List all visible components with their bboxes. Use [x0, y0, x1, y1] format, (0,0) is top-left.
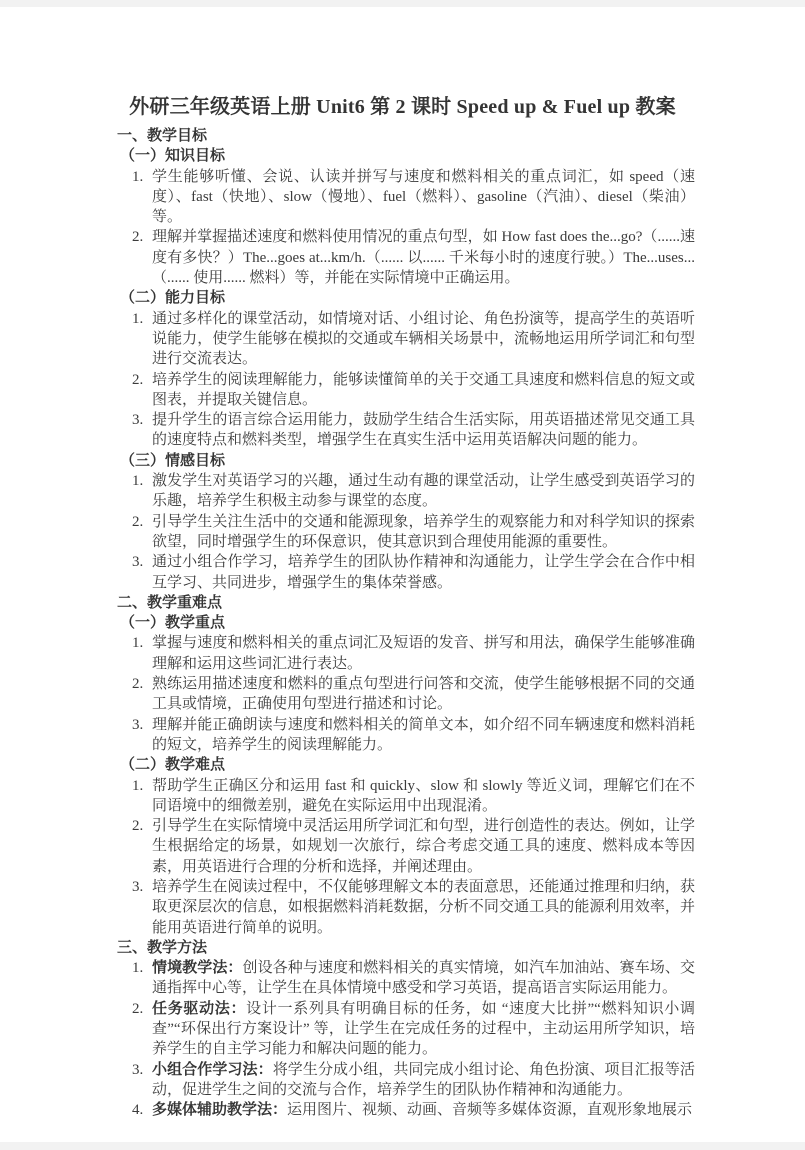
- document-page: 外研三年级英语上册 Unit6 第 2 课时 Speed up & Fuel u…: [0, 7, 805, 1142]
- list-item: 2.培养学生的阅读理解能力，能够读懂简单的关于交通工具速度和燃料信息的短文或图表…: [117, 370, 695, 411]
- list-item: 4.多媒体辅助教学法：运用图片、视频、动画、音频等多媒体资源，直观形象地展示: [117, 1100, 695, 1120]
- list-item-number: 2.: [132, 227, 152, 247]
- list-item-text: 学生能够听懂、会说、认读并拼写与速度和燃料相关的重点词汇，如 speed（速度）…: [152, 167, 695, 228]
- list-item-number: 3.: [132, 1060, 152, 1080]
- list-item: 2.理解并掌握描述速度和燃料使用情况的重点句型，如 How fast does …: [117, 227, 695, 288]
- list-item: 2.引导学生在实际情境中灵活运用所学词汇和句型，进行创造性的表达。例如，让学生根…: [117, 816, 695, 877]
- list-item-number: 1.: [132, 167, 152, 187]
- list-item: 3.培养学生在阅读过程中，不仅能够理解文本的表面意思，还能通过推理和归纳，获取更…: [117, 877, 695, 938]
- list-item-number: 1.: [132, 309, 152, 329]
- list-item-lead: 小组合作学习法：: [152, 1062, 273, 1078]
- list-item-text: 情境教学法：创设各种与速度和燃料相关的真实情境，如汽车加油站、赛车场、交通指挥中…: [152, 958, 695, 999]
- list-item-text: 熟练运用描述速度和燃料的重点句型进行问答和交流，使学生能够根据不同的交通工具或情…: [152, 674, 695, 715]
- page-background: 外研三年级英语上册 Unit6 第 2 课时 Speed up & Fuel u…: [0, 0, 805, 1150]
- list-item-text: 引导学生在实际情境中灵活运用所学词汇和句型，进行创造性的表达。例如，让学生根据给…: [152, 816, 695, 877]
- list-item-text: 帮助学生正确区分和运用 fast 和 quickly、slow 和 slowly…: [152, 776, 695, 817]
- list-item-number: 3.: [132, 410, 152, 430]
- list-item-number: 2.: [132, 999, 152, 1019]
- list-item-number: 1.: [132, 471, 152, 491]
- list-item-number: 4.: [132, 1100, 152, 1120]
- list-item: 2.任务驱动法：设计一系列具有明确目标的任务，如 “速度大比拼”“燃料知识小调查…: [117, 999, 695, 1060]
- list-item-number: 3.: [132, 877, 152, 897]
- list-item-number: 1.: [132, 633, 152, 653]
- list-item-lead: 情境教学法：: [152, 960, 243, 976]
- list-item-text: 通过多样化的课堂活动，如情境对话、小组讨论、角色扮演等，提高学生的英语听说能力，…: [152, 309, 695, 370]
- list-item: 1.学生能够听懂、会说、认读并拼写与速度和燃料相关的重点词汇，如 speed（速…: [117, 167, 695, 228]
- list-item: 3.小组合作学习法：将学生分成小组，共同完成小组讨论、角色扮演、项目汇报等活动，…: [117, 1060, 695, 1101]
- subsection-heading: （二）能力目标: [120, 288, 695, 308]
- list-item: 2.引导学生关注生活中的交通和能源现象，培养学生的观察能力和对科学知识的探索欲望…: [117, 512, 695, 553]
- list-item-text: 通过小组合作学习，培养学生的团队协作精神和沟通能力，让学生学会在合作中相互学习、…: [152, 552, 695, 593]
- list-item-text: 理解并掌握描述速度和燃料使用情况的重点句型，如 How fast does th…: [152, 227, 695, 288]
- list-item-number: 2.: [132, 674, 152, 694]
- list-item-text: 掌握与速度和燃料相关的重点词汇及短语的发音、拼写和用法，确保学生能够准确理解和运…: [152, 633, 695, 674]
- list-item: 1.掌握与速度和燃料相关的重点词汇及短语的发音、拼写和用法，确保学生能够准确理解…: [117, 633, 695, 674]
- list-item-text: 培养学生的阅读理解能力，能够读懂简单的关于交通工具速度和燃料信息的短文或图表，并…: [152, 370, 695, 411]
- list-item-lead: 多媒体辅助教学法：: [152, 1102, 287, 1118]
- list-item-number: 2.: [132, 512, 152, 532]
- list-item-text: 提升学生的语言综合运用能力，鼓励学生结合生活实际，用英语描述常见交通工具的速度特…: [152, 410, 695, 451]
- subsection-heading: （三）情感目标: [120, 451, 695, 471]
- list-item: 3.通过小组合作学习，培养学生的团队协作精神和沟通能力，让学生学会在合作中相互学…: [117, 552, 695, 593]
- section-heading: 三、教学方法: [117, 938, 695, 958]
- list-item: 3.提升学生的语言综合运用能力，鼓励学生结合生活实际，用英语描述常见交通工具的速…: [117, 410, 695, 451]
- list-item-text: 理解并能正确朗读与速度和燃料相关的简单文本，如介绍不同车辆速度和燃料消耗的短文，…: [152, 715, 695, 756]
- list-item-number: 3.: [132, 552, 152, 572]
- list-item-text: 引导学生关注生活中的交通和能源现象，培养学生的观察能力和对科学知识的探索欲望，同…: [152, 512, 695, 553]
- list-item-number: 2.: [132, 816, 152, 836]
- list-item-lead: 任务驱动法：: [152, 1001, 246, 1017]
- list-item-text: 小组合作学习法：将学生分成小组，共同完成小组讨论、角色扮演、项目汇报等活动，促进…: [152, 1060, 695, 1101]
- list-item: 1.通过多样化的课堂活动，如情境对话、小组讨论、角色扮演等，提高学生的英语听说能…: [117, 309, 695, 370]
- list-item-number: 2.: [132, 370, 152, 390]
- list-item: 1.激发学生对英语学习的兴趣，通过生动有趣的课堂活动，让学生感受到英语学习的乐趣…: [117, 471, 695, 512]
- list-item: 3.理解并能正确朗读与速度和燃料相关的简单文本，如介绍不同车辆速度和燃料消耗的短…: [117, 715, 695, 756]
- subsection-heading: （二）教学难点: [120, 755, 695, 775]
- list-item: 1.情境教学法：创设各种与速度和燃料相关的真实情境，如汽车加油站、赛车场、交通指…: [117, 958, 695, 999]
- section-heading: 一、教学目标: [117, 126, 695, 146]
- list-item-number: 3.: [132, 715, 152, 735]
- list-item-text: 任务驱动法：设计一系列具有明确目标的任务，如 “速度大比拼”“燃料知识小调查”“…: [152, 999, 695, 1060]
- document-title: 外研三年级英语上册 Unit6 第 2 课时 Speed up & Fuel u…: [60, 93, 745, 121]
- document-body: 一、教学目标（一）知识目标1.学生能够听懂、会说、认读并拼写与速度和燃料相关的重…: [0, 126, 805, 1121]
- list-item: 2.熟练运用描述速度和燃料的重点句型进行问答和交流，使学生能够根据不同的交通工具…: [117, 674, 695, 715]
- list-item-text: 激发学生对英语学习的兴趣，通过生动有趣的课堂活动，让学生感受到英语学习的乐趣，培…: [152, 471, 695, 512]
- list-item-text: 培养学生在阅读过程中，不仅能够理解文本的表面意思，还能通过推理和归纳，获取更深层…: [152, 877, 695, 938]
- list-item-text: 多媒体辅助教学法：运用图片、视频、动画、音频等多媒体资源，直观形象地展示: [152, 1100, 695, 1120]
- section-heading: 二、教学重难点: [117, 593, 695, 613]
- list-item: 1.帮助学生正确区分和运用 fast 和 quickly、slow 和 slow…: [117, 776, 695, 817]
- list-item-number: 1.: [132, 776, 152, 796]
- list-item-number: 1.: [132, 958, 152, 978]
- subsection-heading: （一）教学重点: [120, 613, 695, 633]
- subsection-heading: （一）知识目标: [120, 146, 695, 166]
